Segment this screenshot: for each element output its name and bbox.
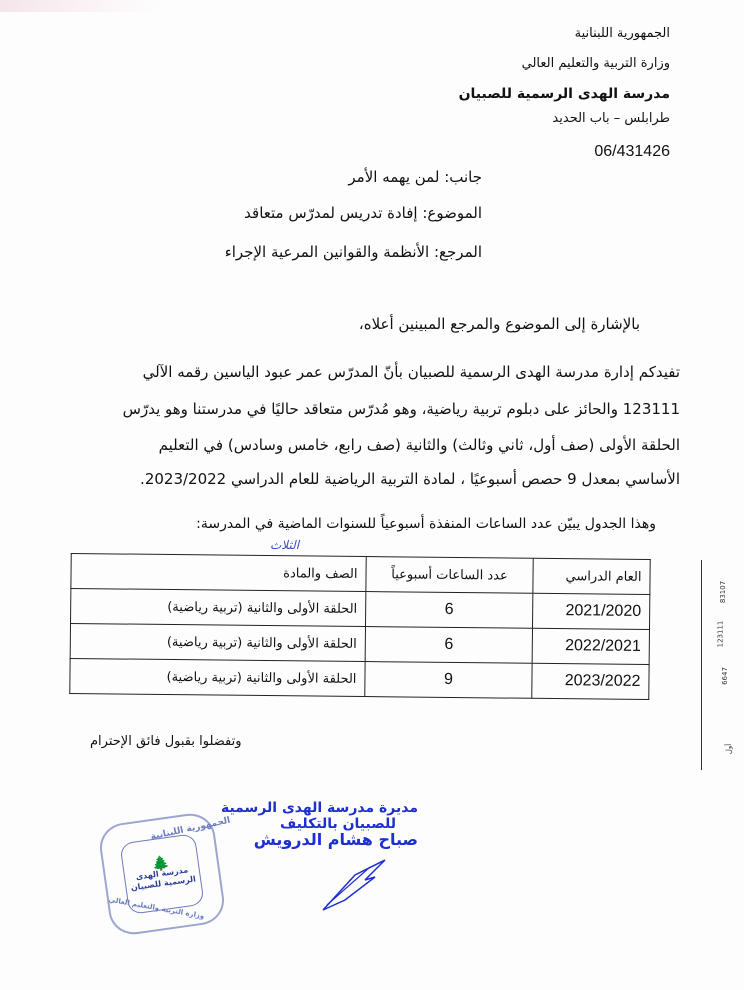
hours-table: العام الدراسي عدد الساعات أسبوعياً الصف … xyxy=(69,553,650,700)
header-weekly-hours: عدد الساعات أسبوعياً xyxy=(366,557,533,594)
table-row: 2023/2022 9 الحلقة الأولى والثانية (تربي… xyxy=(70,658,649,699)
signature-line-1: مديرة مدرسة الهدى الرسمية xyxy=(258,800,418,816)
edge-cell: أول xyxy=(725,744,733,754)
body-line-3: الحلقة الأولى (صف أول، ثاني وثالث) والثا… xyxy=(159,436,680,454)
table-row: 2022/2021 6 الحلقة الأولى والثانية (تربي… xyxy=(70,623,649,664)
body-line-1: تفيدكم إدارة مدرسة الهدى الرسمية للصبيان… xyxy=(143,363,680,381)
edge-document-fragment: 123111 83107 6647 أول xyxy=(701,560,744,770)
cell-hours: 6 xyxy=(365,627,532,664)
cell-hours: 9 xyxy=(365,662,532,699)
edge-cell: 6647 xyxy=(721,667,729,685)
header-location: طرابلس – باب الحديد xyxy=(552,111,670,126)
body-line-2: 123111 والحائز على دبلوم تربية رياضية، و… xyxy=(123,400,680,418)
edge-cell: 123111 xyxy=(717,621,725,648)
header-ministry: وزارة التربية والتعليم العالي xyxy=(522,56,670,71)
header-phone: 06/431426 xyxy=(594,143,670,161)
closing-line: وتفضلوا بقبول فائق الإحترام xyxy=(90,734,242,749)
signature-block: مديرة مدرسة الهدى الرسمية للصبيان بالتكل… xyxy=(258,800,418,848)
table-intro: وهذا الجدول يبيّن عدد الساعات المنفذة أس… xyxy=(196,516,656,532)
table-row: 2021/2020 6 الحلقة الأولى والثانية (تربي… xyxy=(71,588,650,629)
handwritten-note: الثلاث xyxy=(270,538,299,552)
edge-cell: 83107 xyxy=(719,581,727,603)
cell-class: الحلقة الأولى والثانية (تربية رياضية) xyxy=(70,623,365,661)
intro-paragraph: بالإشارة إلى الموضوع والمرجع المبينين أع… xyxy=(359,315,640,333)
header-school: مدرسة الهدى الرسمية للصبيان xyxy=(459,86,670,102)
subject-line: الموضوع: إفادة تدريس لمدرّس متعاقد xyxy=(244,204,482,222)
cell-year: 2022/2021 xyxy=(532,628,649,664)
cell-class: الحلقة الأولى والثانية (تربية رياضية) xyxy=(70,658,365,696)
cell-year: 2021/2020 xyxy=(532,593,649,629)
reference-line: المرجع: الأنظمة والقوانين المرعية الإجرا… xyxy=(225,243,482,261)
recipient-line: جانب: لمن يهمه الأمر xyxy=(348,168,482,186)
document-page: الجمهورية اللبنانية وزارة التربية والتعل… xyxy=(0,0,744,990)
body-line-4: الأساسي بمعدل 9 حصص أسبوعيًا ، لمادة الت… xyxy=(140,470,680,488)
scan-artifact xyxy=(0,0,160,12)
cell-class: الحلقة الأولى والثانية (تربية رياضية) xyxy=(71,588,366,626)
cell-hours: 6 xyxy=(365,592,532,629)
header-class-subject: الصف والمادة xyxy=(71,553,366,591)
signature-scribble-icon xyxy=(315,855,395,915)
header-academic-year: العام الدراسي xyxy=(533,558,650,594)
header-country: الجمهورية اللبنانية xyxy=(575,26,670,41)
stamp-center: 🌲 مدرسة الهدى الرسمية للصبيان xyxy=(119,833,204,915)
signature-line-3: صباح هشام الدرويش xyxy=(258,832,418,848)
table-header-row: العام الدراسي عدد الساعات أسبوعياً الصف … xyxy=(71,553,650,594)
cell-year: 2023/2022 xyxy=(532,663,649,699)
